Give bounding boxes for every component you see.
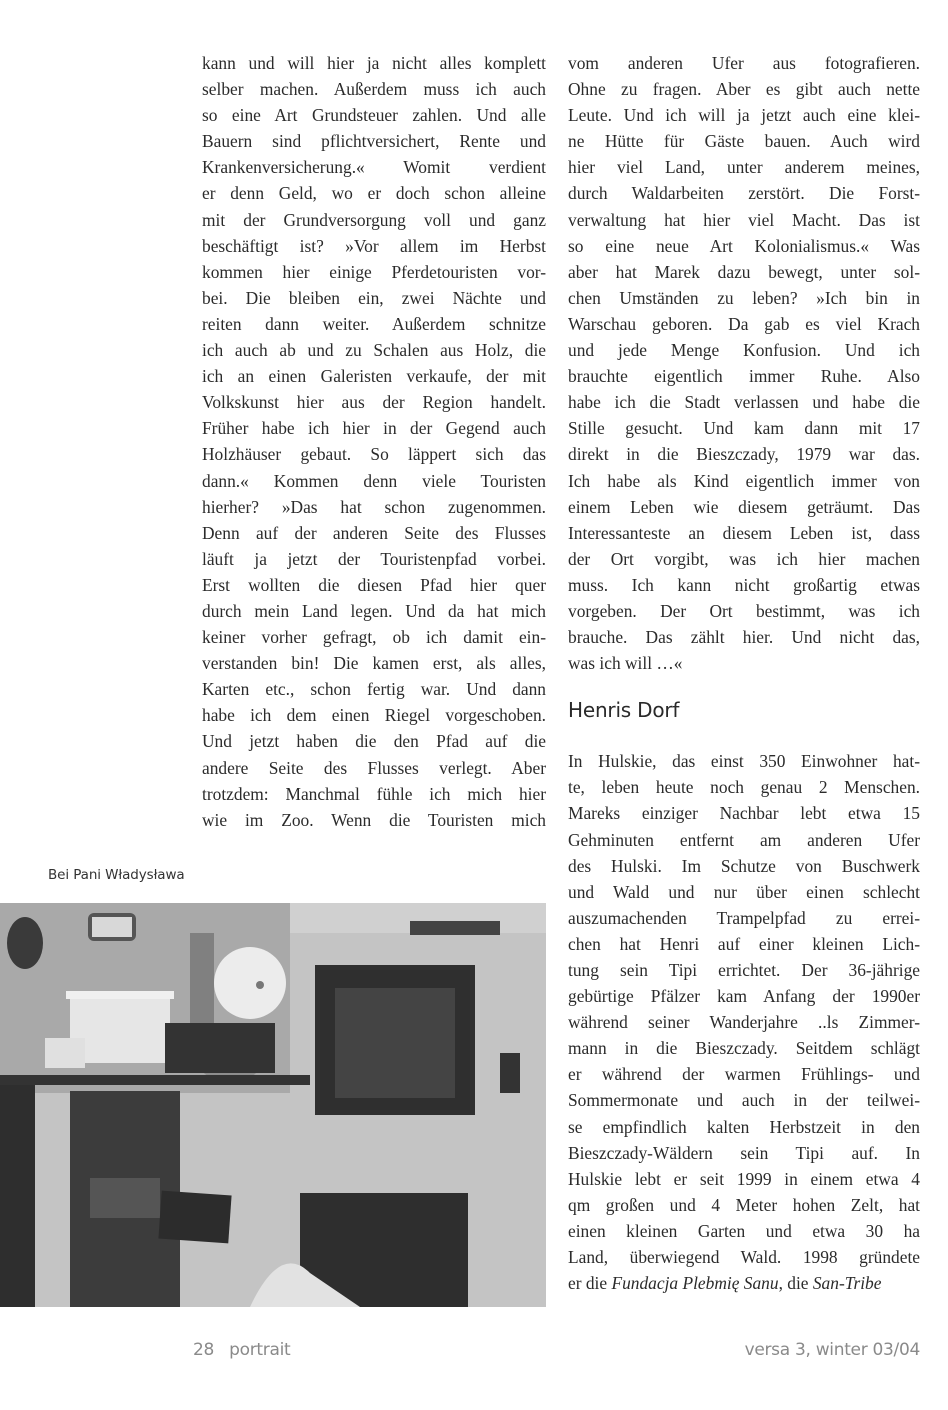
text-line: Bauern sind pflichtversichert, Rente und [202, 128, 546, 154]
text-line: qm großen und 4 Meter hohen Zelt, hat [568, 1192, 920, 1218]
text-line: Erst wollten die diesen Pfad hier quer [202, 572, 546, 598]
text-line: dann.« Kommen denn viele Touristen [202, 468, 546, 494]
text-line: chen Umständen zu leben? »Ich bin in [568, 285, 920, 311]
text-line: brauche. Das zählt hier. Und nicht das, [568, 624, 920, 650]
text-line: keiner vorher gefragt, ob ich damit ein- [202, 624, 546, 650]
text-line: Und jetzt haben die den Pfad auf die [202, 728, 546, 754]
text-line: mann in die Bieszczady. Seitdem schlägt [568, 1035, 920, 1061]
text-line: Land, überwiegend Wald. 1998 gründete [568, 1244, 920, 1270]
text-line: Ich habe als Kind eigentlich immer von [568, 468, 920, 494]
text-line: Früher habe ich hier in der Gegend auch [202, 415, 546, 441]
article-column-left: kann und will hier ja nicht alles komple… [202, 50, 546, 833]
article-column-right: vom anderen Ufer aus fotografieren.Ohne … [568, 50, 920, 1296]
footer-left: 28 portrait [193, 1340, 290, 1360]
text-line: tung sein Tipi errichtet. Der 36-jährige [568, 957, 920, 983]
section-label: portrait [229, 1340, 290, 1360]
text-line: wie im Zoo. Wenn die Touristen mich [202, 807, 546, 833]
text-line: so eine neue Art Kolonialismus.« Was [568, 233, 920, 259]
stove-photo-illustration [0, 903, 546, 1307]
text-line: vorgeben. Der Ort bestimmt, was ich [568, 598, 920, 624]
text-line: Holzhäuser gebaut. So läppert sich das [202, 441, 546, 467]
text-line: Interessanteste an diesem Leben ist, das… [568, 520, 920, 546]
text-line: und jede Menge Konfusion. Und ich [568, 337, 920, 363]
text-line: gebürtige Pfälzer kam Anfang der 1990er [568, 983, 920, 1009]
text-line: reiten dann weiter. Außerdem schnitze [202, 311, 546, 337]
text-line: durch mein Land legen. Und da hat mich [202, 598, 546, 624]
text-line: ich an einen Galeristen verkaufe, der mi… [202, 363, 546, 389]
text-line: Stille gesucht. Und kam dann mit 17 [568, 415, 920, 441]
foundation-name: Fundacja Plebmię Sanu [611, 1273, 778, 1293]
text-line: direkt in die Bieszczady, 1979 war das. [568, 441, 920, 467]
text-line: Bieszczady-Wäldern sein Tipi auf. In [568, 1140, 920, 1166]
text-line: verstanden bin! Die kamen erst, als alle… [202, 650, 546, 676]
text-line: chen hat Henri auf einer kleinen Lich- [568, 931, 920, 957]
text-line: beschäftigt ist? »Vor allem im Herbst [202, 233, 546, 259]
tribe-name: San-Tribe [813, 1273, 882, 1293]
text-line: kann und will hier ja nicht alles komple… [202, 50, 546, 76]
text-line: er während der warmen Frühlings- und [568, 1061, 920, 1087]
section-heading: Henris Dorf [568, 696, 920, 724]
text-line: bei. Die bleiben ein, zwei Nächte und [202, 285, 546, 311]
text-line: auszumachenden Trampelpfad zu errei- [568, 905, 920, 931]
text-line: Ohne zu fragen. Aber es gibt auch nette [568, 76, 920, 102]
text-line: mit der Grundversorgung voll und ganz [202, 207, 546, 233]
text-line: hierher? »Das hat schon zugenommen. [202, 494, 546, 520]
text-line: während seiner Wanderjahre ..ls Zimmer- [568, 1009, 920, 1035]
text-line: Sommermonate und auch in der teilwei- [568, 1087, 920, 1113]
text-line: te, leben heute noch genau 2 Menschen. [568, 774, 920, 800]
text-line: se empfindlich kalten Herbstzeit in den [568, 1114, 920, 1140]
text-line: andere Seite des Flusses verlegt. Aber [202, 755, 546, 781]
article-text-marek: vom anderen Ufer aus fotografieren.Ohne … [568, 50, 920, 676]
text-line: einem Leben wie diesem geträumt. Das [568, 494, 920, 520]
text-line: einen kleinen Garten und etwa 30 ha [568, 1218, 920, 1244]
text-line: er denn Geld, wo er doch schon alleine [202, 180, 546, 206]
text-line: Mareks einziger Nachbar lebt etwa 15 [568, 800, 920, 826]
text-line: habe ich die Stadt verlassen und habe di… [568, 389, 920, 415]
text-line: Karten etc., schon fertig war. Und dann [202, 676, 546, 702]
text-line: Gehminuten entfernt am anderen Ufer [568, 827, 920, 853]
kitchen-photo [0, 903, 546, 1307]
text-line: Volkskunst hier aus der Region handelt. [202, 389, 546, 415]
text-line: habe ich dem einen Riegel vorgeschoben. [202, 702, 546, 728]
page-number: 28 [193, 1340, 214, 1360]
text-line: muss. Ich kann nicht großartig etwas [568, 572, 920, 598]
text-line: was ich will …« [568, 650, 920, 676]
text-line: aber hat Marek dazu bewegt, unter sol- [568, 259, 920, 285]
article-text-henri: In Hulskie, das einst 350 Einwohner hat-… [568, 748, 920, 1270]
text-line: trotzdem: Manchmal fühle ich mich hier [202, 781, 546, 807]
text-line: Leute. Und ich will ja jetzt auch eine k… [568, 102, 920, 128]
text-line: Krankenversicherung.« Womit verdient [202, 154, 546, 180]
text-line: kommen hier einige Pferdetouristen vor- [202, 259, 546, 285]
text-line: durch Waldarbeiten zerstört. Die Forst- [568, 180, 920, 206]
text-line: läuft ja jetzt der Touristenpfad vorbei. [202, 546, 546, 572]
text-line: brauchte eigentlich immer Ruhe. Also [568, 363, 920, 389]
text-line: In Hulskie, das einst 350 Einwohner hat- [568, 748, 920, 774]
text-line: Hulskie lebt er seit 1999 in einem etwa … [568, 1166, 920, 1192]
photo-caption: Bei Pani Władysława [48, 867, 185, 883]
text-line: verwaltung hat hier viel Macht. Das ist [568, 207, 920, 233]
text-line: so eine Art Grundsteuer zahlen. Und alle [202, 102, 546, 128]
text-line: ich auch ab und zu Schalen aus Holz, die [202, 337, 546, 363]
text-line: selber machen. Außerdem muss ich auch [202, 76, 546, 102]
text-line: Warschau geboren. Da gab es viel Krach [568, 311, 920, 337]
text-line: der Ort vorgibt, was ich hier machen [568, 546, 920, 572]
text-line: Denn auf der anderen Seite des Flusses [202, 520, 546, 546]
footer-magazine: versa 3, winter 03/04 [745, 1340, 920, 1360]
text-line: und Wald und nur über einen schlecht [568, 879, 920, 905]
text-line: vom anderen Ufer aus fotografieren. [568, 50, 920, 76]
text-line: ne Hütte für Gäste bauen. Auch wird [568, 128, 920, 154]
text-line: des Hulski. Im Schutze von Buschwerk [568, 853, 920, 879]
text-line: hier viel Land, unter anderem meines, [568, 154, 920, 180]
text-line: er die Fundacja Plebmię Sanu, die San-Tr… [568, 1270, 920, 1296]
